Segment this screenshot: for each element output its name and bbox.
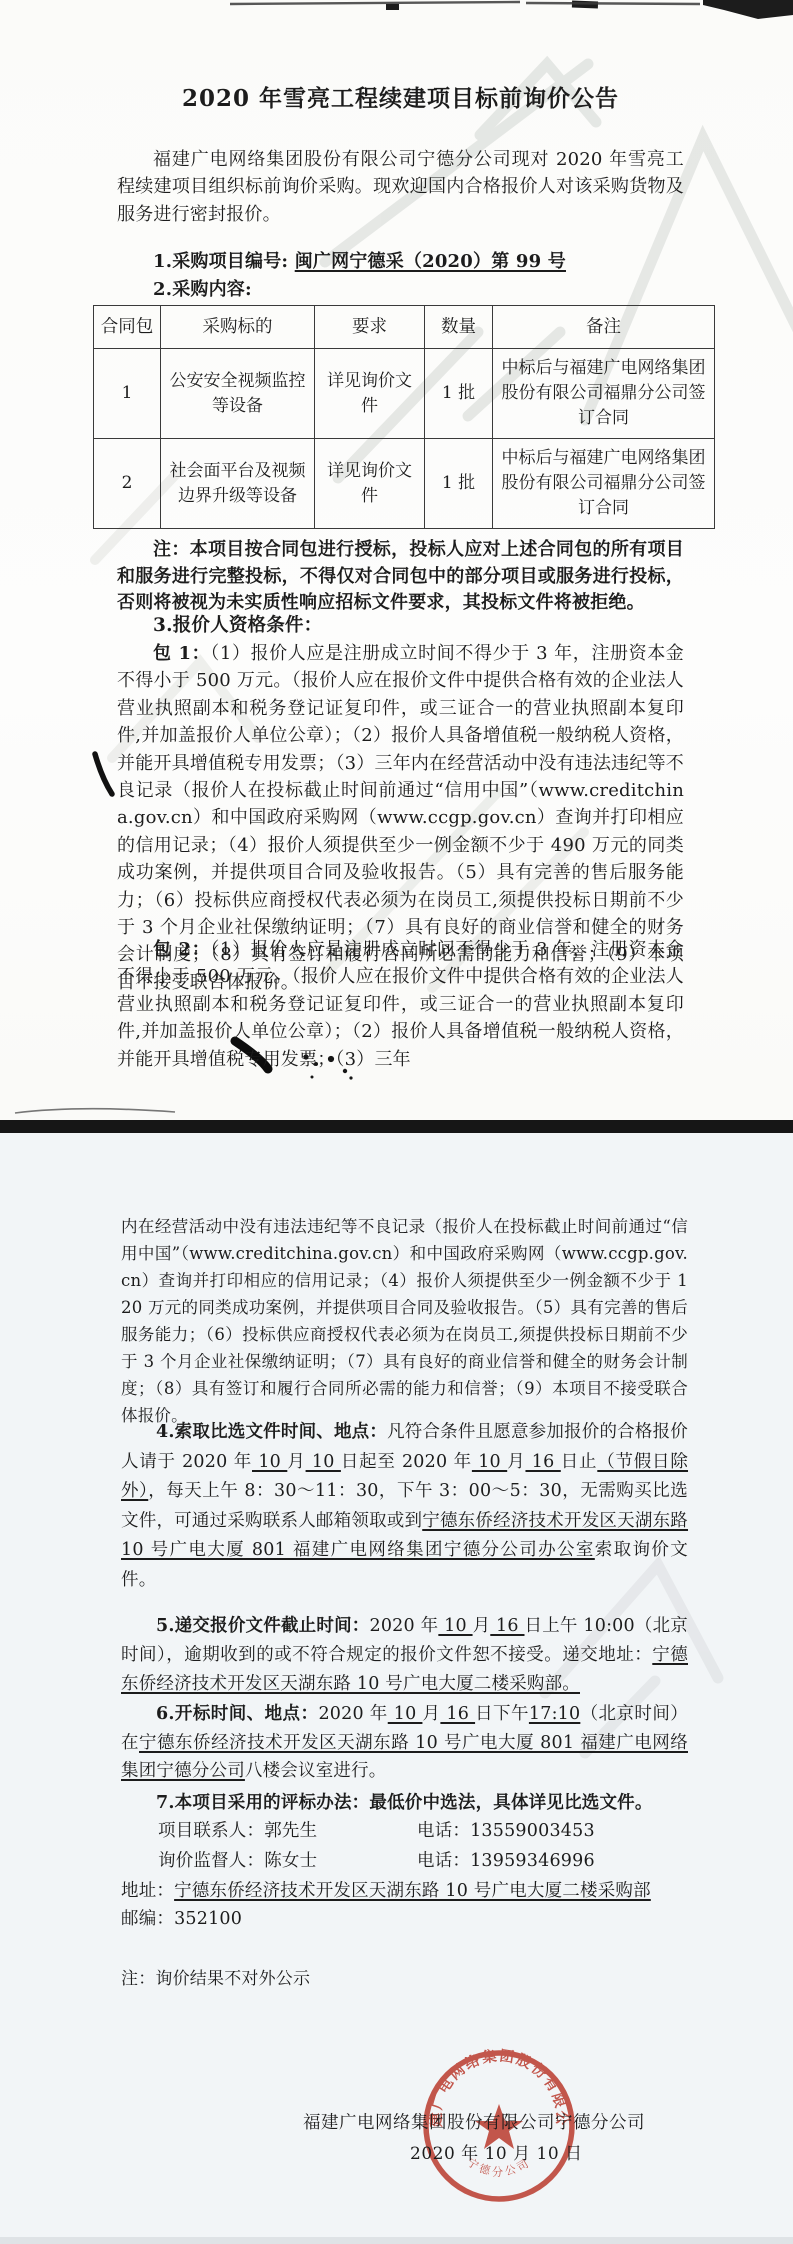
text-segment: 月 [422,1704,440,1724]
address-line: 地址：宁德东侨经济技术开发区天湖东路 10 号广电大厦二楼采购部 [121,1877,651,1902]
table-row: 2 社会面平台及视频边界升级等设备 详见询价文件 1 批 中标后与福建广电网络集… [94,439,715,529]
text-segment: 5.递交报价文件截止时间： [156,1616,370,1636]
text-segment: 宁德东侨经济技术开发区天湖东路 10 号广电大厦 801 福建广电网络集团宁德分… [121,1733,688,1782]
qualification-heading: 3.报价人资格条件： [153,612,322,639]
result-note: 注：询价结果不对外公示 [121,1964,310,1989]
text-segment: 16 [490,1616,524,1636]
text-segment: 月 [473,1616,491,1636]
text-segment: 地址： [121,1881,174,1901]
text-segment: 10 [252,1452,287,1472]
text-segment: 16 [440,1704,475,1724]
intro-paragraph: 福建广电网络集团股份有限公司宁德分公司现对 2020 年雪亮工程续建项目组织标前… [117,146,684,228]
section6-paragraph: 6.开标时间、地点：2020 年 10 月 16 日下午17:10（北京时间）在… [121,1700,688,1786]
continuation-paragraph: 内在经营活动中没有违法违纪等不良记录（报价人在投标截止时间前通过“信用中国”（w… [121,1213,688,1429]
text-segment: 10 [438,1616,472,1636]
company-signature: 福建广电网络集团股份有限公司宁德分公司 [303,2109,645,2134]
text-segment: 2020 年 [370,1616,439,1636]
text-segment: 月 [507,1452,525,1472]
text-segment: 包 2： [153,939,210,960]
supervisor-line: 询价监督人：陈女士 [158,1847,317,1872]
scan-page-2: 内在经营活动中没有违法违纪等不良记录（报价人在投标截止时间前通过“信用中国”（w… [0,1133,793,2244]
text-segment: 日起至 2020 年 [341,1452,472,1472]
text-segment: 10 [472,1452,507,1472]
postal-code-line: 邮编：352100 [121,1905,242,1930]
text-segment: 闽广网宁德采（2020）第 99 号 [295,251,566,272]
text-segment: 16 [525,1452,560,1472]
contact-person-line: 项目联系人：郭先生 [158,1817,317,1842]
table-cell: 社会面平台及视频边界升级等设备 [161,439,315,529]
content-heading: 2.采购内容: [153,276,252,303]
text-segment: 7.本项目采用的评标办法： [156,1793,369,1813]
scan-bottom-edge [0,2237,793,2244]
text-segment: 日止 [561,1452,598,1472]
text-segment: 日下午 [475,1704,529,1724]
table-cell: 1 批 [425,439,493,529]
contact-phone: 电话：13559003453 [417,1817,595,1842]
table-cell: 详见询价文件 [315,439,425,529]
text-segment: 2020 年 [318,1704,387,1724]
text-segment: 4.索取比选文件时间、地点： [156,1422,387,1442]
text-segment: 1.采购项目编号: [153,251,295,272]
table-cell: 1 [94,349,161,439]
table-cell: 2 [94,439,161,529]
col-header-subject: 采购标的 [161,306,315,349]
text-segment: 17:10 [529,1704,580,1724]
table-cell: 详见询价文件 [315,349,425,439]
col-header-requirement: 要求 [315,306,425,349]
supervisor-phone: 电话：13959346996 [417,1847,595,1872]
doc-title: 2020 年雪亮工程续建项目标前询价公告 [117,80,684,113]
package2-requirements: 包 2：（1）报价人应是注册成立时间不得少于 3 年，注册资本金不得小于 500… [117,936,684,1073]
text-segment: 10 [388,1704,423,1724]
section4-paragraph: 4.索取比选文件时间、地点：凡符合条件且愿意参加报价的合格报价人请于 2020 … [121,1418,688,1595]
table-cell: 中标后与福建广电网络集团股份有限公司福鼎分公司签订合同 [493,439,715,529]
procurement-table: 合同包 采购标的 要求 数量 备注 1 公安安全视频监控等设备 详见询价文件 1… [93,305,715,529]
text-segment: 宁德东侨经济技术开发区天湖东路 10 号广电大厦二楼采购部 [174,1881,651,1901]
text-segment: 最低价中选法，具体详见比选文件。 [369,1793,652,1813]
section5-paragraph: 5.递交报价文件截止时间：2020 年 10 月 16 日上午 10:00（北京… [121,1612,688,1699]
col-header-contract-package: 合同包 [94,306,161,349]
table-cell: 公安安全视频监控等设备 [161,349,315,439]
text-segment: 包 1： [153,643,210,664]
col-header-remark: 备注 [493,306,715,349]
page-break-band [0,1120,793,1133]
col-header-quantity: 数量 [425,306,493,349]
table-cell: 1 批 [425,349,493,439]
section7-paragraph: 7.本项目采用的评标办法：最低价中选法，具体详见比选文件。 [121,1789,688,1814]
note-paragraph: 注：本项目按合同包进行授标，投标人应对上述合同包的所有项目和服务进行完整投标，不… [117,537,684,617]
text-segment: 6.开标时间、地点： [156,1704,318,1724]
scan-page-1: 2020 年雪亮工程续建项目标前询价公告 福建广电网络集团股份有限公司宁德分公司… [0,0,793,1122]
table-row: 1 公安安全视频监控等设备 详见询价文件 1 批 中标后与福建广电网络集团股份有… [94,349,715,439]
table-cell: 中标后与福建广电网络集团股份有限公司福鼎分公司签订合同 [493,349,715,439]
signature-date: 2020 年 10 月 10 日 [410,2139,583,2164]
text-segment: 月 [287,1452,305,1472]
text-segment: 10 [306,1452,341,1472]
text-segment: 八楼会议室进行。 [245,1761,387,1781]
project-number-line: 1.采购项目编号: 闽广网宁德采（2020）第 99 号 [153,248,566,275]
